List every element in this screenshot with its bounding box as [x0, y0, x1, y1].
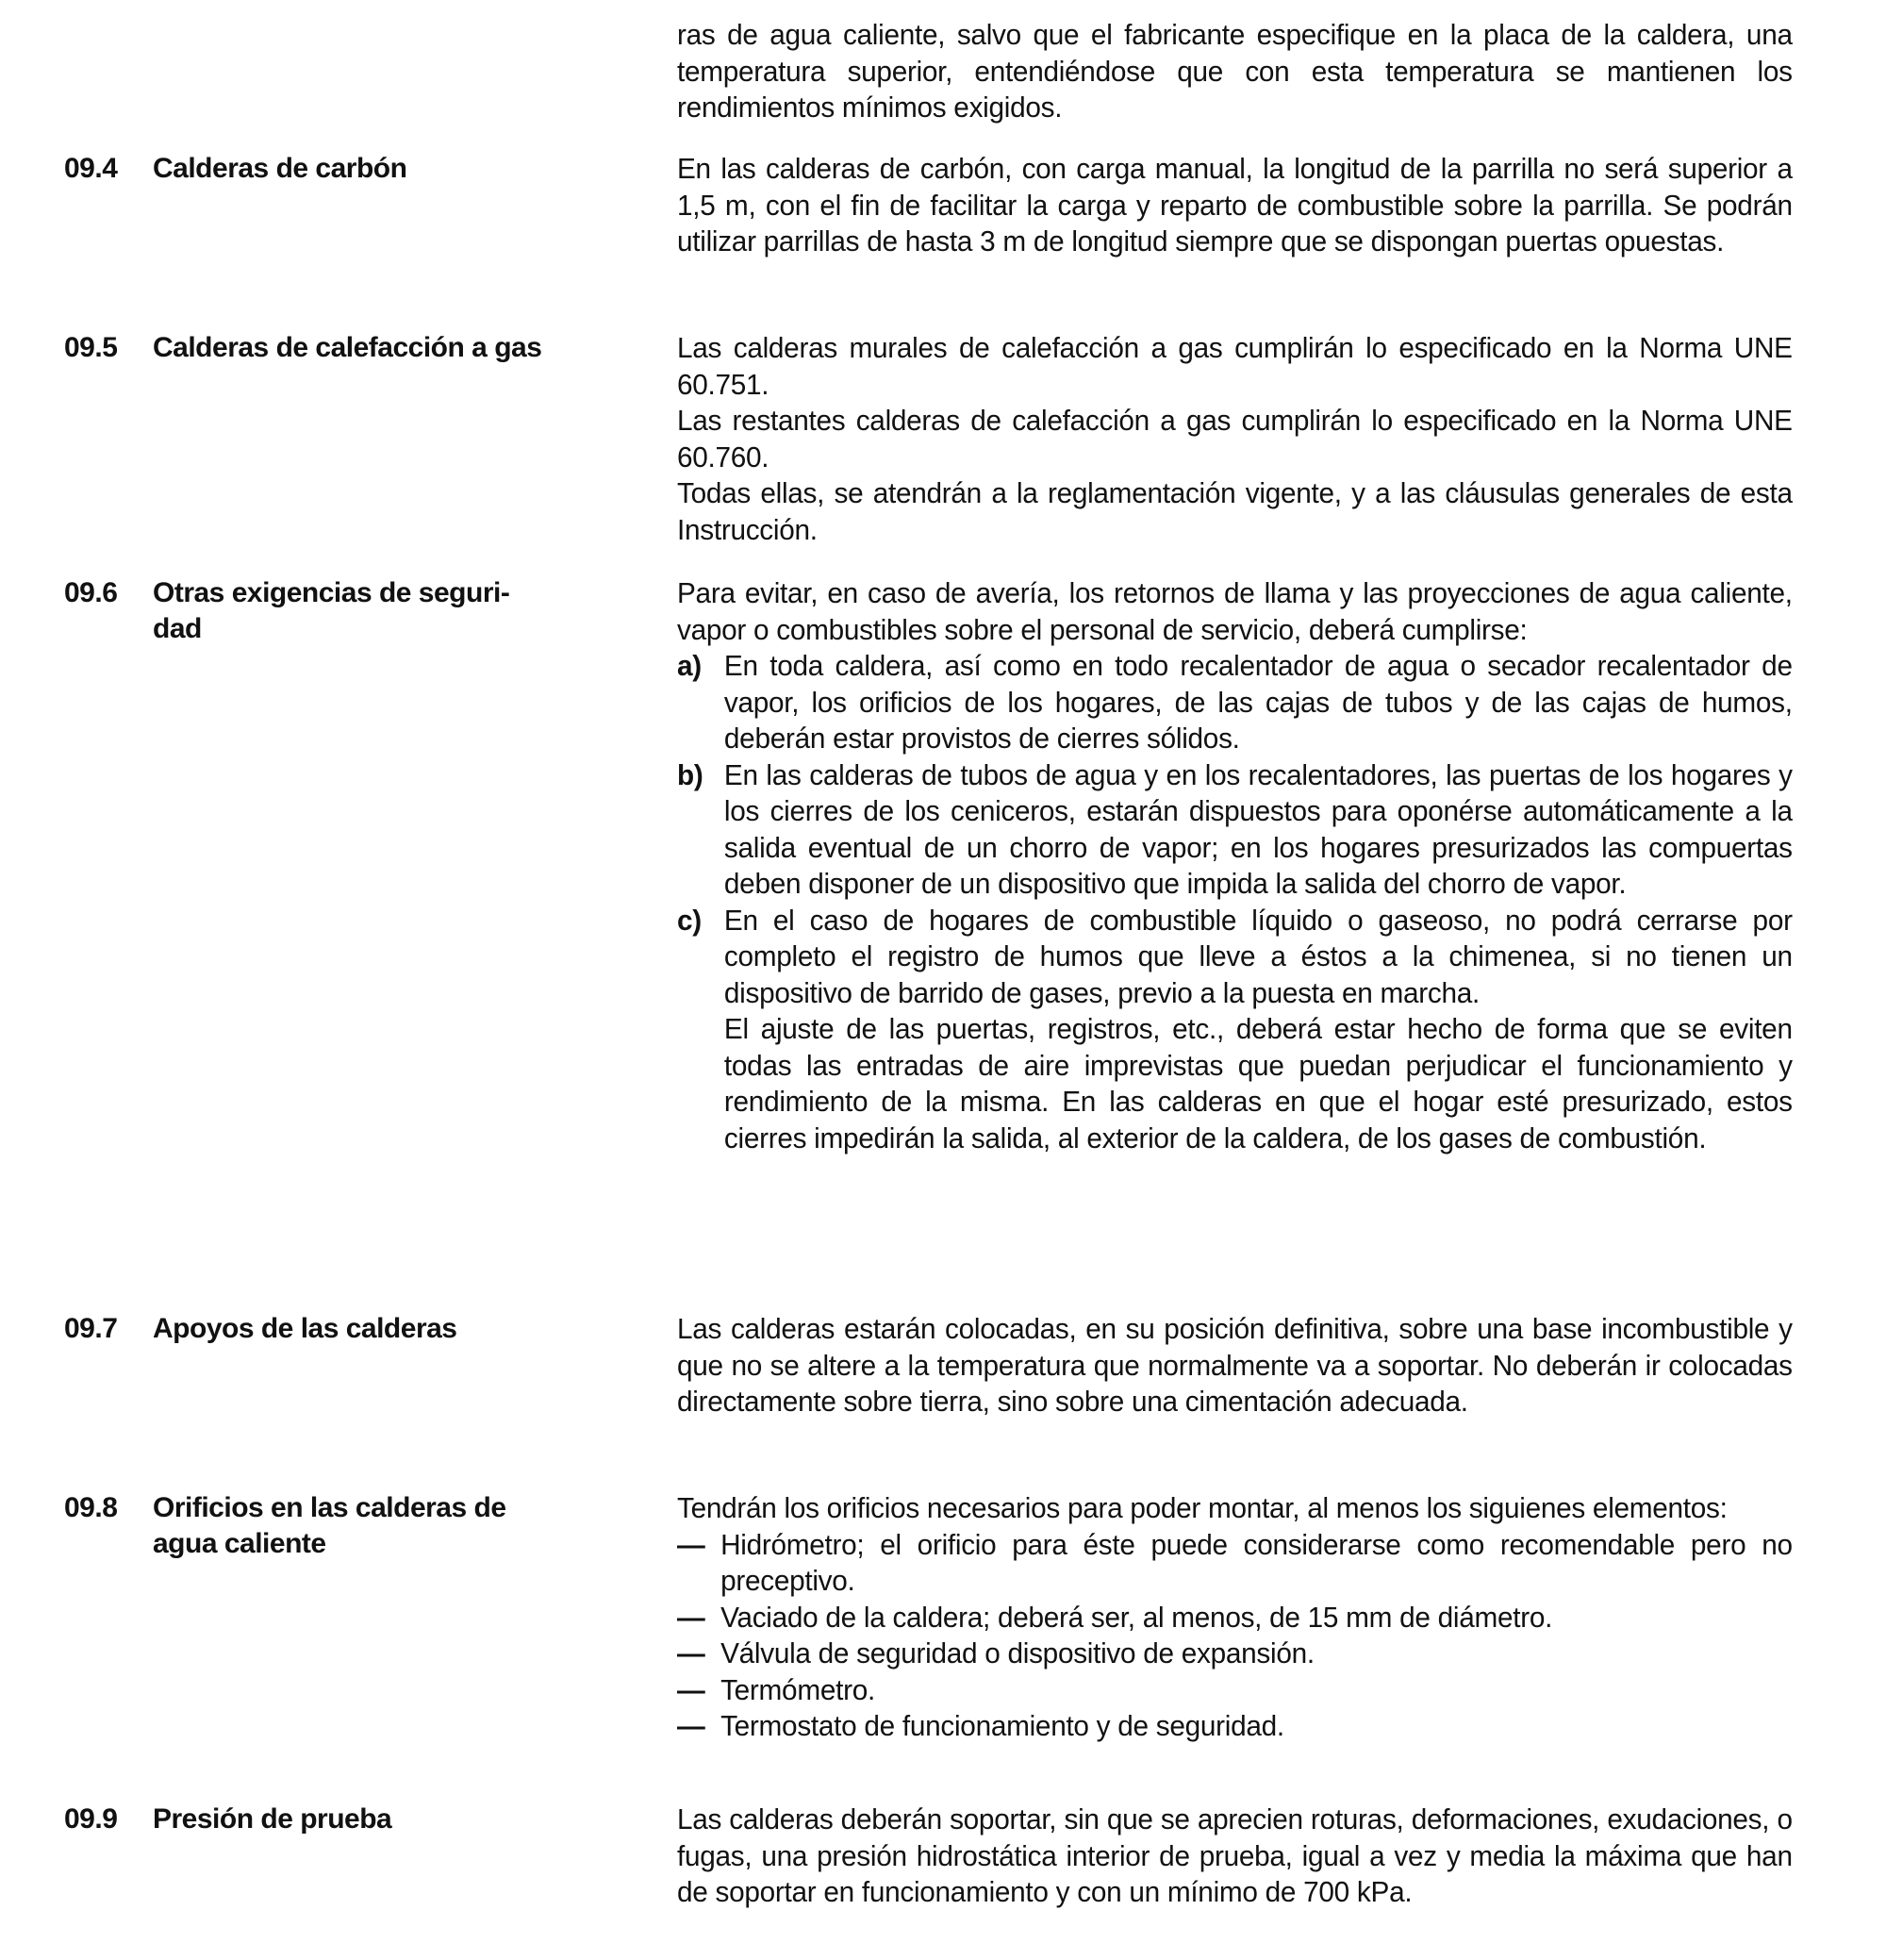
body-text: En las calderas de carbón, con carga man… — [677, 151, 1793, 260]
section-number: 09.4 — [64, 151, 153, 187]
list-text: En las calderas de tubos de agua y en lo… — [724, 757, 1793, 903]
body-text: Las calderas deberán soportar, sin que s… — [677, 1802, 1793, 1911]
paragraph: ras de agua caliente, salvo que el fabri… — [677, 17, 1793, 126]
paragraph: Para evitar, en caso de avería, los reto… — [677, 575, 1793, 648]
list-text: Vaciado de la caldera; deberá ser, al me… — [720, 1600, 1793, 1636]
body-text: Tendrán los orificios necesarios para po… — [677, 1490, 1793, 1745]
paragraph: Las restantes calderas de calefacción a … — [677, 403, 1793, 475]
dash-bullet-icon: — — [677, 1672, 720, 1709]
list-marker: b) — [677, 757, 724, 903]
body-text: Para evitar, en caso de avería, los reto… — [677, 575, 1793, 1156]
section-number: 09.7 — [64, 1311, 153, 1347]
section-title-continuation: agua caliente — [64, 1526, 620, 1562]
section-title: Otras exigencias de seguri- — [153, 577, 509, 608]
list-item: — Hidrómetro; el orificio para éste pued… — [677, 1527, 1793, 1600]
section-title: Orificios en las calderas de — [153, 1492, 506, 1523]
list-text: Hidrómetro; el orificio para éste puede … — [720, 1527, 1793, 1600]
body-text: Las calderas murales de calefacción a ga… — [677, 330, 1793, 548]
list-text: Termómetro. — [720, 1672, 1793, 1709]
section-title-continuation: dad — [64, 611, 620, 647]
document-page: ras de agua caliente, salvo que el fabri… — [0, 0, 1886, 1960]
dash-bullet-icon: — — [677, 1527, 720, 1600]
body-text: ras de agua caliente, salvo que el fabri… — [677, 17, 1793, 126]
paragraph: Las calderas murales de calefacción a ga… — [677, 330, 1793, 403]
section-title: Calderas de calefacción a gas — [153, 332, 541, 363]
list-text: Válvula de seguridad o dispositivo de ex… — [720, 1636, 1793, 1672]
list-marker: c) — [677, 903, 724, 1012]
list-item: a) En toda caldera, así como en todo rec… — [677, 648, 1793, 757]
list-item: — Válvula de seguridad o dispositivo de … — [677, 1636, 1793, 1672]
paragraph: Todas ellas, se atendrán a la reglamenta… — [677, 475, 1793, 548]
paragraph: Las calderas estarán colocadas, en su po… — [677, 1311, 1793, 1420]
paragraph: En las calderas de carbón, con carga man… — [677, 151, 1793, 260]
dash-bullet-icon: — — [677, 1636, 720, 1672]
section-number: 09.9 — [64, 1802, 153, 1837]
list-item: c) En el caso de hogares de combustible … — [677, 903, 1793, 1012]
dash-bullet-icon: — — [677, 1708, 720, 1745]
section-heading: 09.8Orificios en las calderas de agua ca… — [64, 1490, 620, 1562]
paragraph: El ajuste de las puertas, registros, etc… — [677, 1011, 1793, 1156]
section-heading: 09.5Calderas de calefacción a gas — [64, 330, 620, 366]
body-text: Las calderas estarán colocadas, en su po… — [677, 1311, 1793, 1420]
list-text: En el caso de hogares de combustible líq… — [724, 903, 1793, 1012]
list-item: — Termómetro. — [677, 1672, 1793, 1709]
list-item: — Vaciado de la caldera; deberá ser, al … — [677, 1600, 1793, 1636]
section-title: Calderas de carbón — [153, 153, 406, 184]
section-title: Presión de prueba — [153, 1803, 391, 1835]
list-marker: a) — [677, 648, 724, 757]
section-heading: 09.6Otras exigencias de seguri- dad — [64, 575, 620, 647]
section-heading: 09.7Apoyos de las calderas — [64, 1311, 620, 1347]
list-text: Termostato de funcionamiento y de seguri… — [720, 1708, 1793, 1745]
section-number: 09.5 — [64, 330, 153, 366]
list-text: En toda caldera, así como en todo recale… — [724, 648, 1793, 757]
paragraph: Tendrán los orificios necesarios para po… — [677, 1490, 1793, 1527]
section-heading: 09.4Calderas de carbón — [64, 151, 620, 187]
section-heading: 09.9Presión de prueba — [64, 1802, 620, 1837]
list-item: — Termostato de funcionamiento y de segu… — [677, 1708, 1793, 1745]
list-item: b) En las calderas de tubos de agua y en… — [677, 757, 1793, 903]
paragraph: Las calderas deberán soportar, sin que s… — [677, 1802, 1793, 1911]
section-number: 09.8 — [64, 1490, 153, 1526]
section-number: 09.6 — [64, 575, 153, 611]
section-title: Apoyos de las calderas — [153, 1313, 457, 1344]
dash-bullet-icon: — — [677, 1600, 720, 1636]
